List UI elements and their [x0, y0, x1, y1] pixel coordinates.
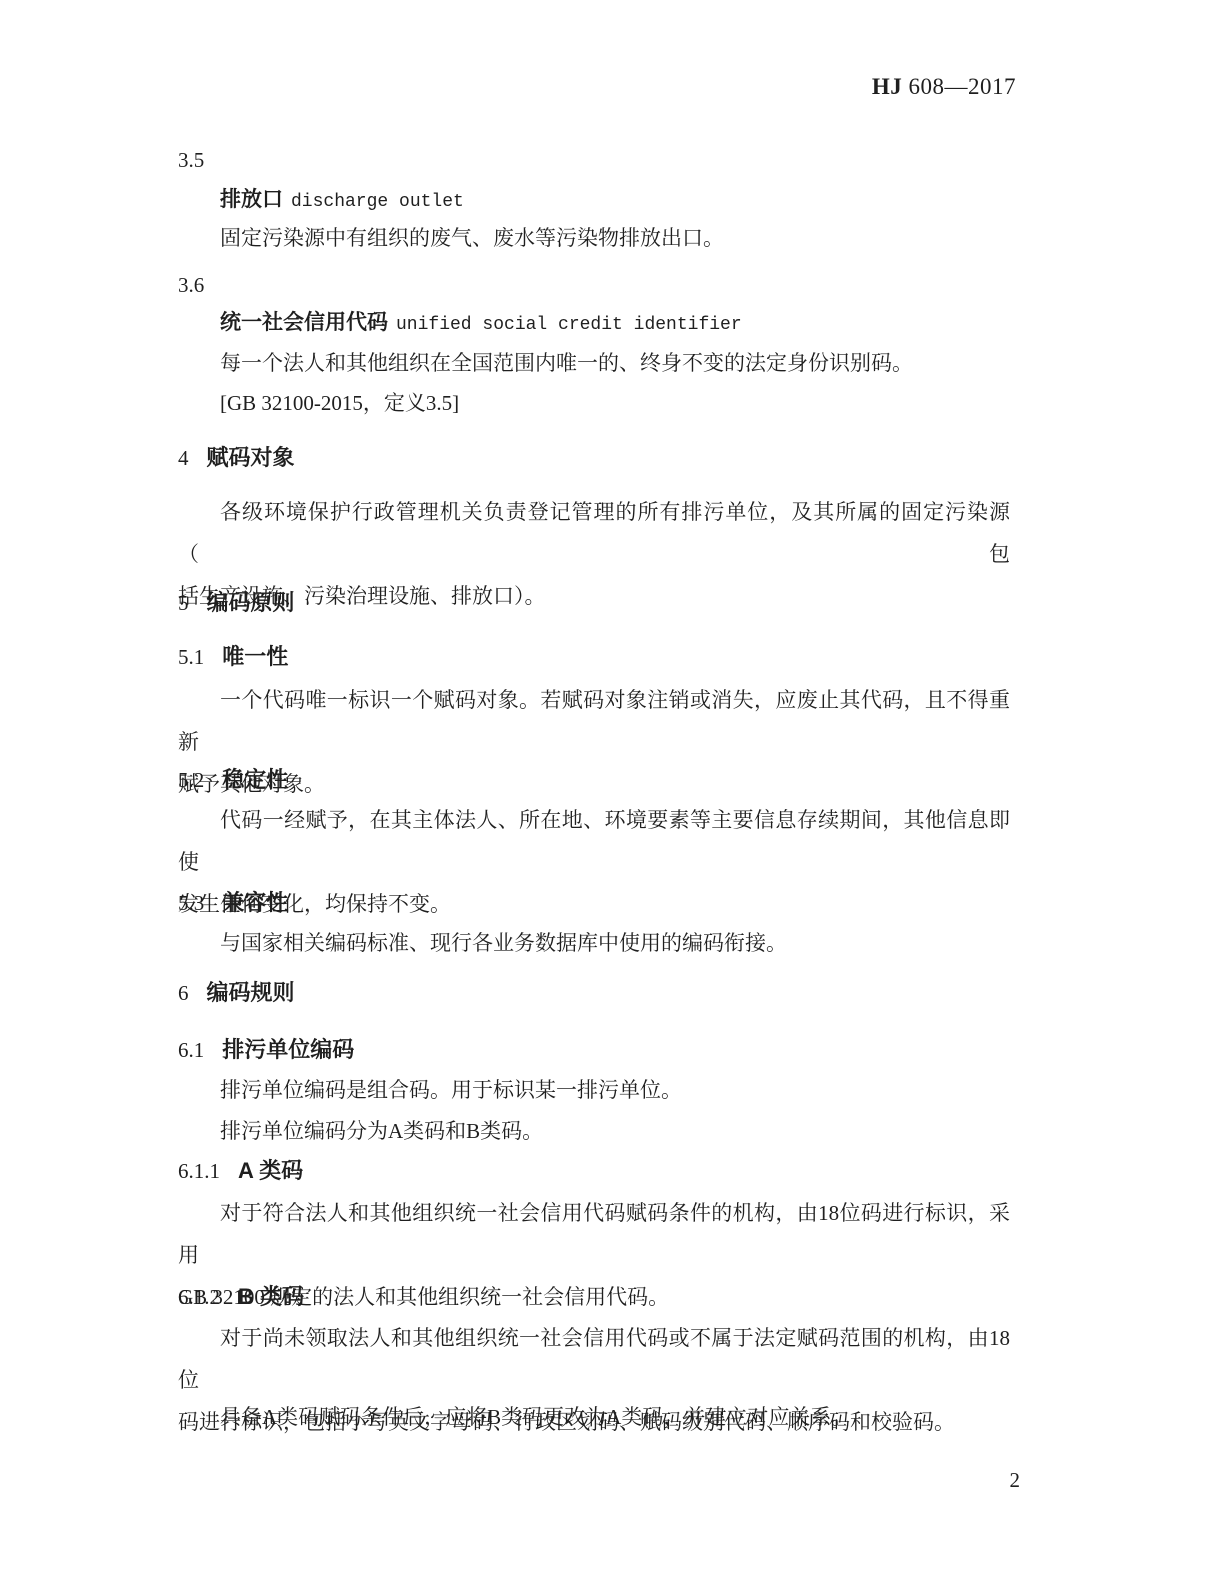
clause-3-6-term-en: unified social credit identifier	[396, 315, 742, 335]
clause-3-6-source: [GB 32100-2015，定义3.5]	[178, 382, 1010, 424]
standard-code-prefix: HJ	[872, 74, 902, 99]
section-5-heading: 5编码原则	[178, 582, 1010, 624]
section-6-title: 编码规则	[207, 980, 295, 1005]
section-5-2-title: 稳定性	[222, 767, 288, 792]
section-5-3-heading: 5.3兼容性	[178, 882, 1010, 924]
section-5-2-number: 5.2	[178, 768, 204, 792]
clause-3-5-definition: 固定污染源中有组织的废气、废水等污染物排放出口。	[178, 217, 1010, 259]
clause-3-5-term-cn: 排放口	[220, 188, 283, 211]
section-6-1-2-title: B 类码	[238, 1284, 304, 1309]
section-5-3-title: 兼容性	[222, 890, 288, 915]
document-page: HJ 608—2017 3.5 排放口discharge outlet 固定污染…	[0, 0, 1224, 1584]
section-6-number: 6	[178, 981, 189, 1005]
paragraph-line: 代码一经赋予，在其主体法人、所在地、环境要素等主要信息存续期间，其他信息即使	[178, 799, 1010, 883]
clause-3-6-term-heading: 统一社会信用代码unified social credit identifier	[220, 302, 1010, 346]
section-5-3-paragraph: 与国家相关编码标准、现行各业务数据库中使用的编码衔接。	[178, 922, 1010, 964]
paragraph-line: 各级环境保护行政管理机关负责登记管理的所有排污单位，及其所属的固定污染源（包	[178, 491, 1010, 575]
clause-3-5-term-en: discharge outlet	[291, 192, 464, 212]
section-6-1-paragraph-1: 排污单位编码是组合码。用于标识某一排污单位。	[178, 1069, 1010, 1111]
section-6-1-1-title: A 类码	[238, 1158, 303, 1183]
section-6-1-paragraph-2: 排污单位编码分为A类码和B类码。	[178, 1110, 1010, 1152]
section-4-title: 赋码对象	[207, 445, 295, 470]
paragraph-line: 一个代码唯一标识一个赋码对象。若赋码对象注销或消失，应废止其代码，且不得重新	[178, 679, 1010, 763]
section-5-2-heading: 5.2稳定性	[178, 759, 1010, 801]
section-5-number: 5	[178, 591, 189, 615]
section-5-title: 编码原则	[207, 590, 295, 615]
section-6-1-number: 6.1	[178, 1038, 204, 1062]
section-5-1-number: 5.1	[178, 645, 204, 669]
section-5-1-title: 唯一性	[222, 644, 288, 669]
section-6-1-heading: 6.1排污单位编码	[178, 1029, 1010, 1071]
section-6-1-2-number: 6.1.2	[178, 1285, 220, 1309]
section-6-1-2-paragraph-2: 具备A类码赋码条件后，应将B类码更改为A类码，并建立对应关系。	[178, 1396, 1010, 1438]
section-6-1-title: 排污单位编码	[222, 1037, 354, 1062]
section-4-heading: 4赋码对象	[178, 437, 1010, 479]
paragraph-line: 对于尚未领取法人和其他组织统一社会信用代码或不属于法定赋码范围的机构，由18位	[178, 1317, 1010, 1401]
page-number: 2	[1010, 1459, 1021, 1501]
page-header: HJ 608—2017	[872, 74, 1016, 100]
clause-3-6-term-cn: 统一社会信用代码	[220, 311, 388, 334]
section-4-number: 4	[178, 446, 189, 470]
section-5-1-heading: 5.1唯一性	[178, 636, 1010, 678]
section-6-1-1-heading: 6.1.1A 类码	[178, 1150, 1010, 1192]
clause-3-6-definition: 每一个法人和其他组织在全国范围内唯一的、终身不变的法定身份识别码。	[178, 342, 1010, 384]
standard-code-number: 608—2017	[902, 74, 1016, 99]
section-5-3-number: 5.3	[178, 891, 204, 915]
section-6-heading: 6编码规则	[178, 972, 1010, 1014]
clause-3-6-number: 3.6	[178, 264, 1010, 306]
clause-3-5-number: 3.5	[178, 139, 1010, 181]
section-6-1-1-number: 6.1.1	[178, 1159, 220, 1183]
paragraph-line: 对于符合法人和其他组织统一社会信用代码赋码条件的机构，由18位码进行标识，采用	[178, 1192, 1010, 1276]
section-6-1-2-heading: 6.1.2B 类码	[178, 1276, 1010, 1318]
